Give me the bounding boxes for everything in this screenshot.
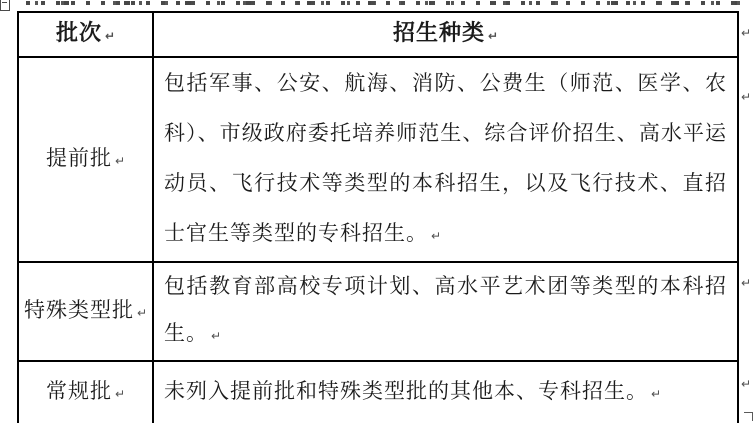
batch-label: 提前批 — [46, 146, 112, 170]
table-resize-corner-icon — [744, 412, 753, 421]
types-text: 包括教育部高校专项计划、高水平艺术团等类型的本科招生。 — [164, 274, 727, 345]
batch-cell-special[interactable]: 特殊类型批↵ — [18, 262, 153, 361]
paragraph-mark-icon: ↵ — [137, 306, 147, 320]
types-text: 包括军事、公安、航海、消防、公费生（师范、医学、农科）、市级政府委托培养师范生、… — [164, 71, 727, 245]
paragraph-mark-icon: ↵ — [211, 329, 221, 343]
types-cell-early[interactable]: 包括军事、公安、航海、消防、公费生（师范、医学、农科）、市级政府委托培养师范生、… — [153, 57, 738, 262]
row-end-mark-icon: ↵ — [741, 378, 751, 390]
paragraph-mark-icon: ↵ — [431, 229, 441, 243]
types-cell-regular[interactable]: 未列入提前批和特殊类型批的其他本、专科招生。↵ — [153, 361, 738, 423]
paragraph-mark-icon: ↵ — [115, 154, 125, 168]
admission-batches-table: 批次↵ 招生种类↵ 提前批↵ 包括军事、公安、航海、消防、公费生（师范、医学、农… — [17, 11, 739, 423]
batch-cell-early[interactable]: 提前批↵ — [18, 57, 153, 262]
types-cell-special[interactable]: 包括教育部高校专项计划、高水平艺术团等类型的本科招生。↵ — [153, 262, 738, 361]
header-types-label: 招生种类 — [393, 20, 485, 45]
header-cell-batch[interactable]: 批次↵ — [18, 12, 153, 57]
table-header-row: 批次↵ 招生种类↵ — [18, 12, 738, 57]
batch-label: 常规批 — [46, 379, 112, 403]
table-row: 特殊类型批↵ 包括教育部高校专项计划、高水平艺术团等类型的本科招生。↵ — [18, 262, 738, 361]
paragraph-mark-icon: ↵ — [651, 387, 661, 401]
row-end-mark-icon: ↵ — [741, 27, 751, 39]
table-row: 常规批↵ 未列入提前批和特殊类型批的其他本、专科招生。↵ — [18, 361, 738, 423]
table-handle-icon — [0, 0, 10, 11]
header-cell-types[interactable]: 招生种类↵ — [153, 12, 738, 57]
batch-cell-regular[interactable]: 常规批↵ — [18, 361, 153, 423]
batch-label: 特殊类型批 — [24, 298, 134, 322]
paragraph-mark-icon: ↵ — [115, 387, 125, 401]
paragraph-mark-icon: ↵ — [488, 29, 498, 43]
header-batch-label: 批次 — [56, 20, 102, 45]
table-row: 提前批↵ 包括军事、公安、航海、消防、公费生（师范、医学、农科）、市级政府委托培… — [18, 57, 738, 262]
row-end-mark-icon: ↵ — [741, 277, 751, 289]
types-text: 未列入提前批和特殊类型批的其他本、专科招生。 — [164, 379, 648, 403]
paragraph-mark-icon: ↵ — [105, 29, 115, 43]
clipped-previous-line-fragments — [26, 1, 740, 5]
row-end-mark-icon: ↵ — [741, 91, 751, 103]
